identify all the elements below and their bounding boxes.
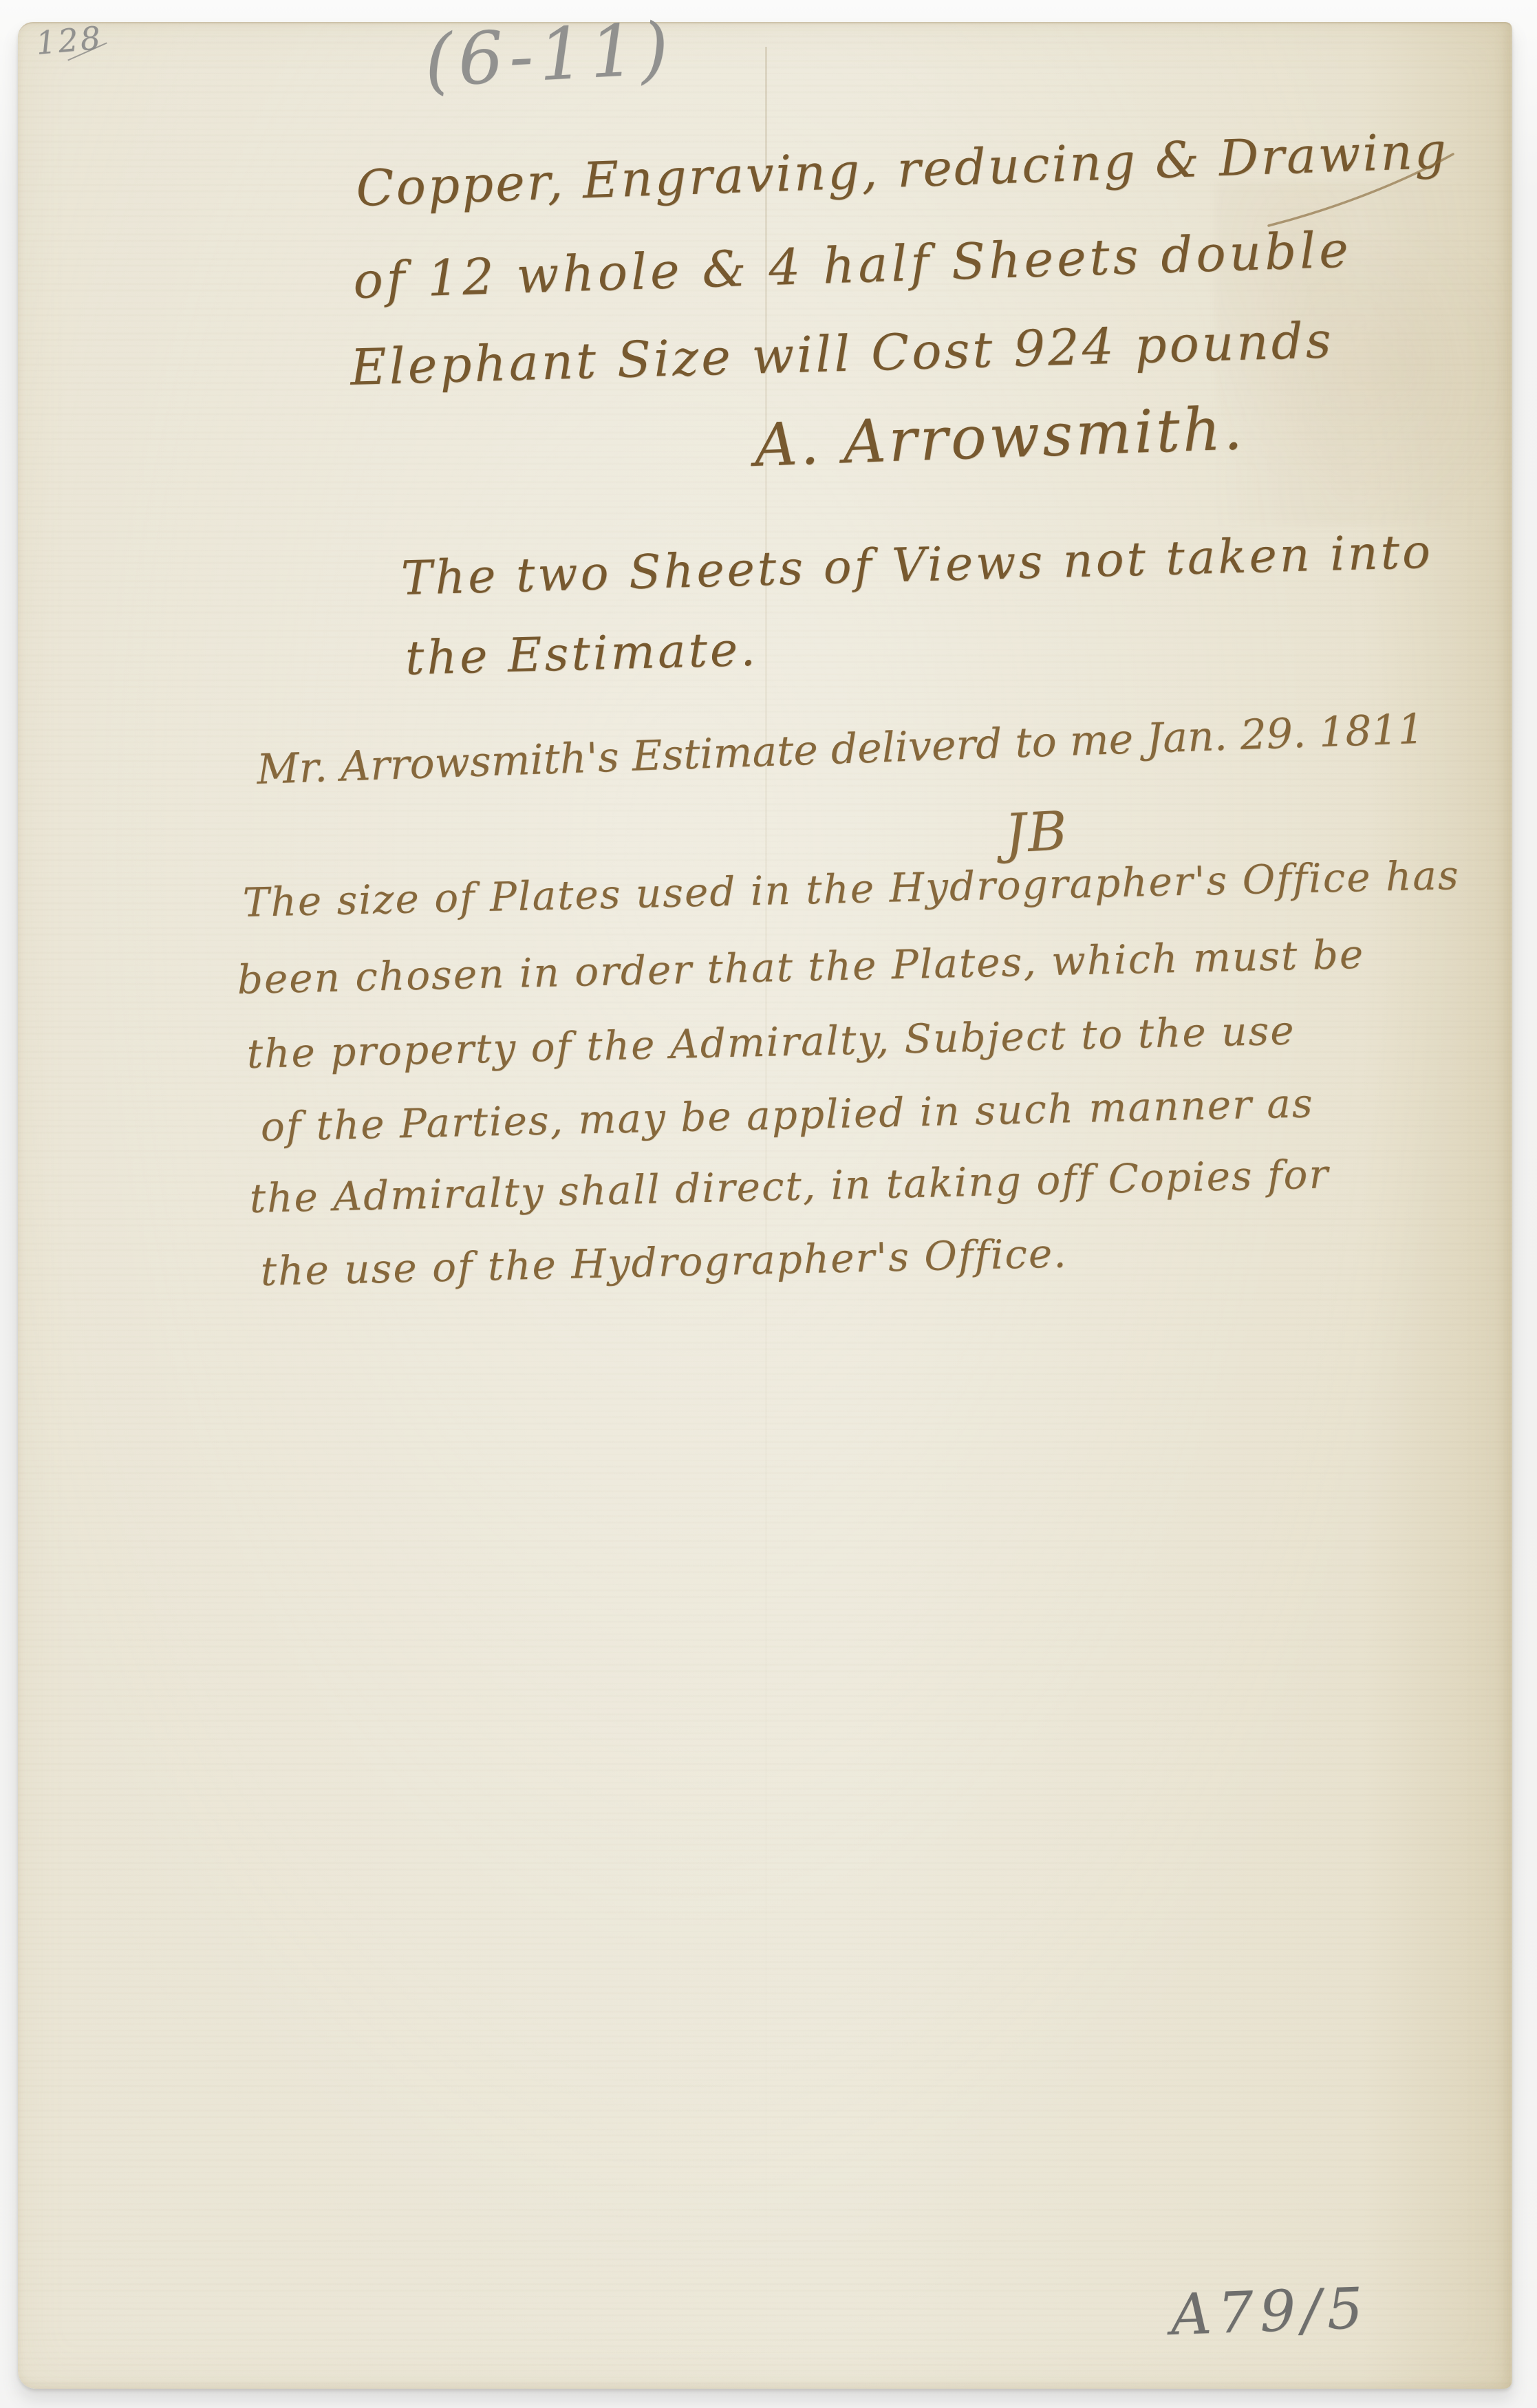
views-note-line-2: the Estimate. <box>405 623 759 686</box>
photo-stage: 128 (6-11) Copper, Engraving, reducing &… <box>0 0 1537 2408</box>
pen-flourish <box>1266 144 1459 234</box>
archive-reference-mark: A79/5 <box>1170 2276 1370 2348</box>
fold-crease <box>765 47 767 2408</box>
pencil-reference-number: (6-11) <box>422 6 676 103</box>
docket-initials: JB <box>1003 800 1070 866</box>
pencil-folio-number: 128 <box>34 19 104 62</box>
